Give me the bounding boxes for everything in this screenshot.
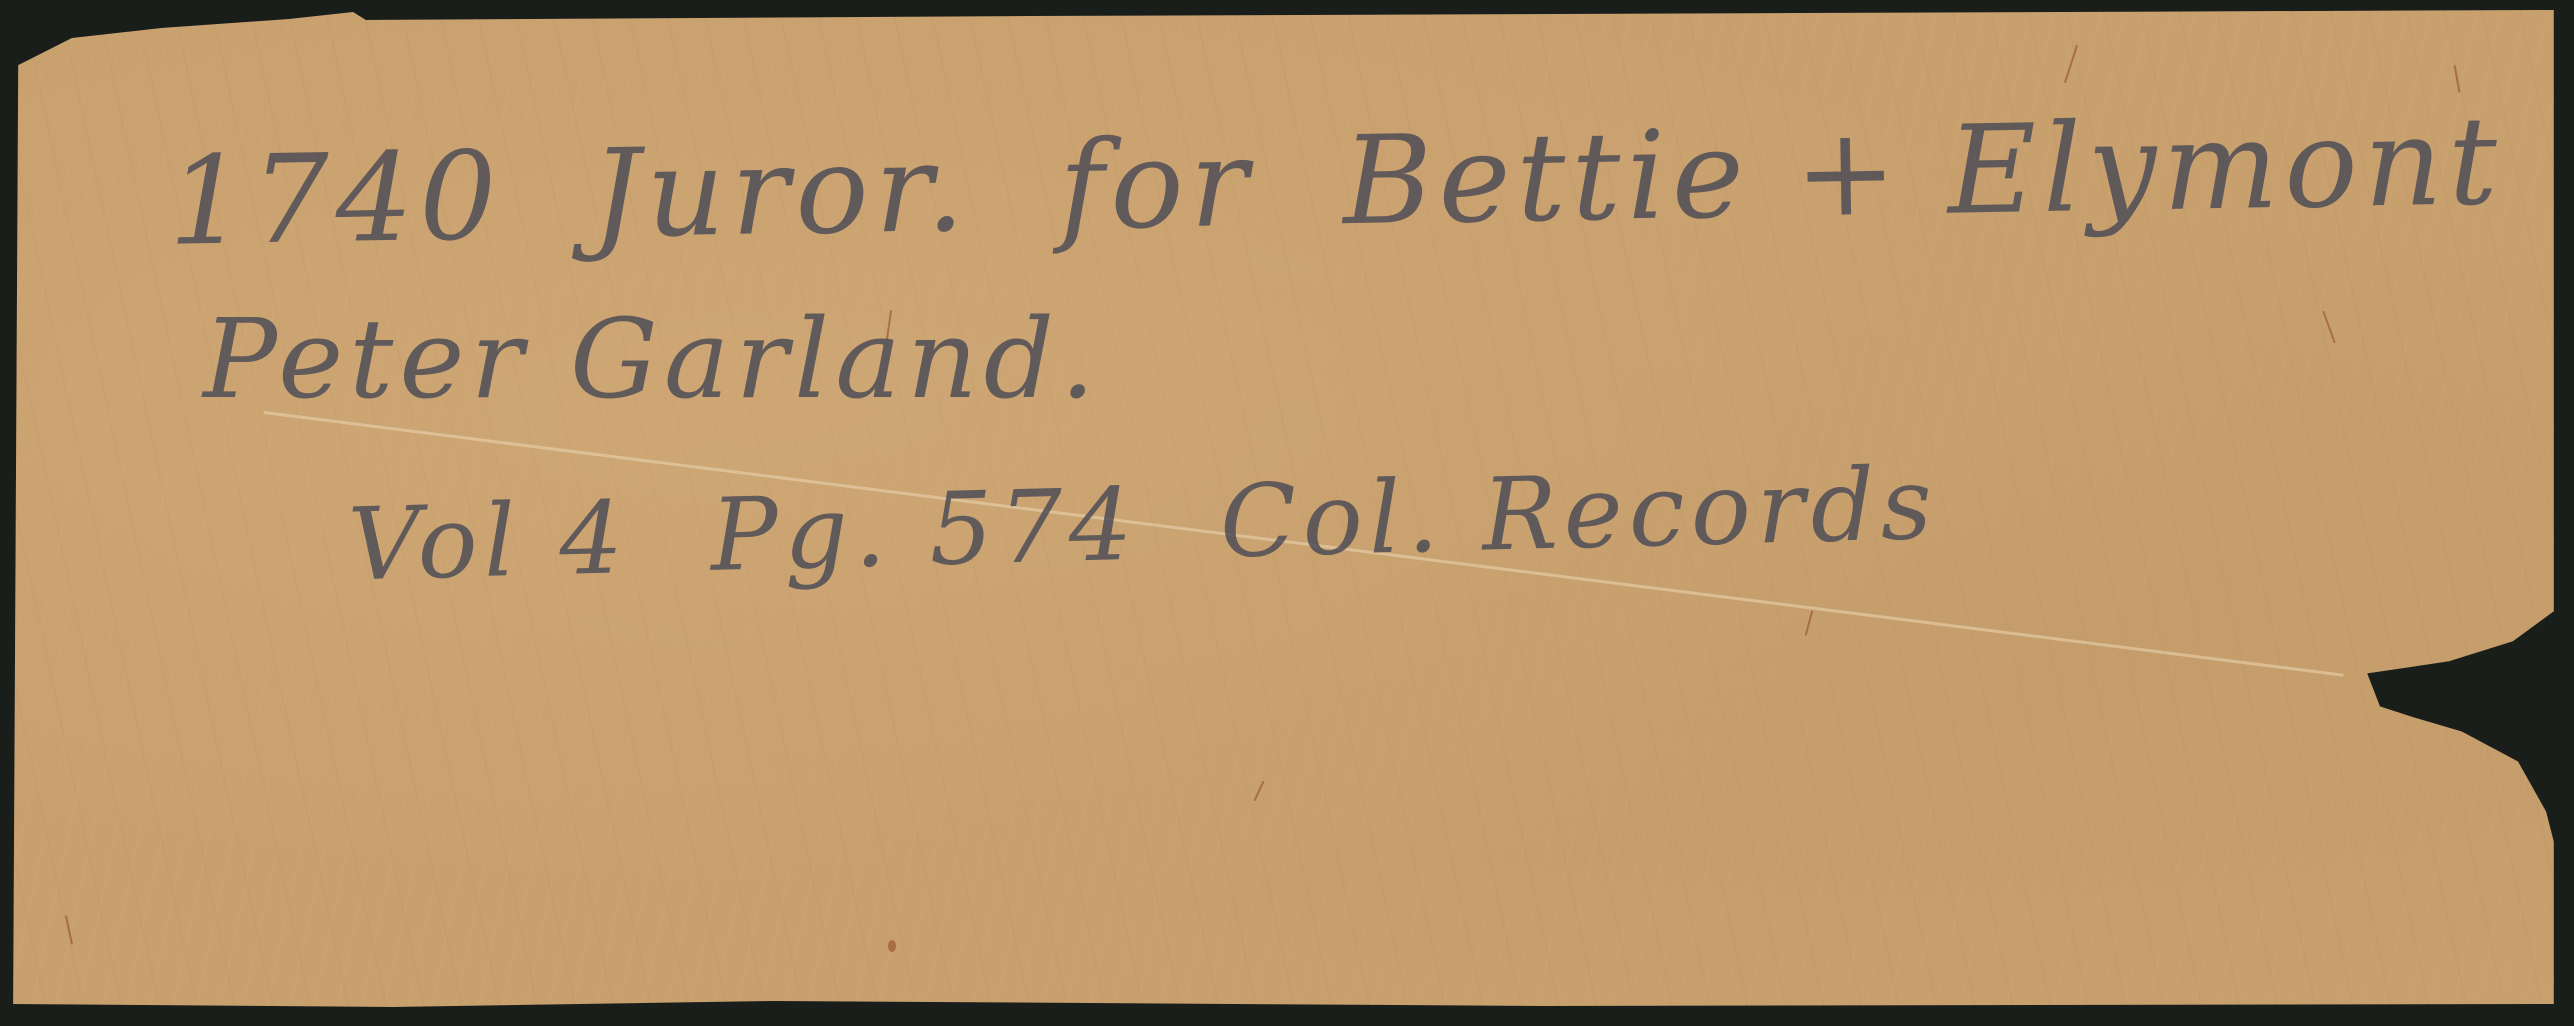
paper-fiber [1253,781,1264,802]
paper-slip: 1740 Juror. for Bettie + Elymont Peter G… [8,10,2564,1012]
handwritten-line-2: Peter Garland. [203,295,1145,423]
source-text: Col. Records [1218,445,1939,581]
paper-fiber [888,940,896,952]
scanned-document: 1740 Juror. for Bettie + Elymont Peter G… [0,0,2574,1026]
for-text: for [1058,112,1255,257]
volume-text: Vol 4 [347,479,631,603]
handwritten-line-1: 1740 Juror. for Bettie + Elymont [167,89,2548,273]
paper-fiber [65,915,73,945]
paper-fiber [2322,311,2336,344]
page-text: Pg. 574 [709,466,1140,594]
year-text: 1740 [167,125,504,273]
paper-fiber [2064,45,2078,84]
person-name-text: Peter Garland. [203,295,1101,423]
juror-text: Juror. [590,117,971,266]
handwritten-line-3: Vol 4 Pg. 574 Col. Records [347,444,1984,604]
names-text: Bettie + Elymont [1341,90,2504,252]
paper-fiber [2454,65,2461,93]
paper-fiber [1805,610,1814,636]
